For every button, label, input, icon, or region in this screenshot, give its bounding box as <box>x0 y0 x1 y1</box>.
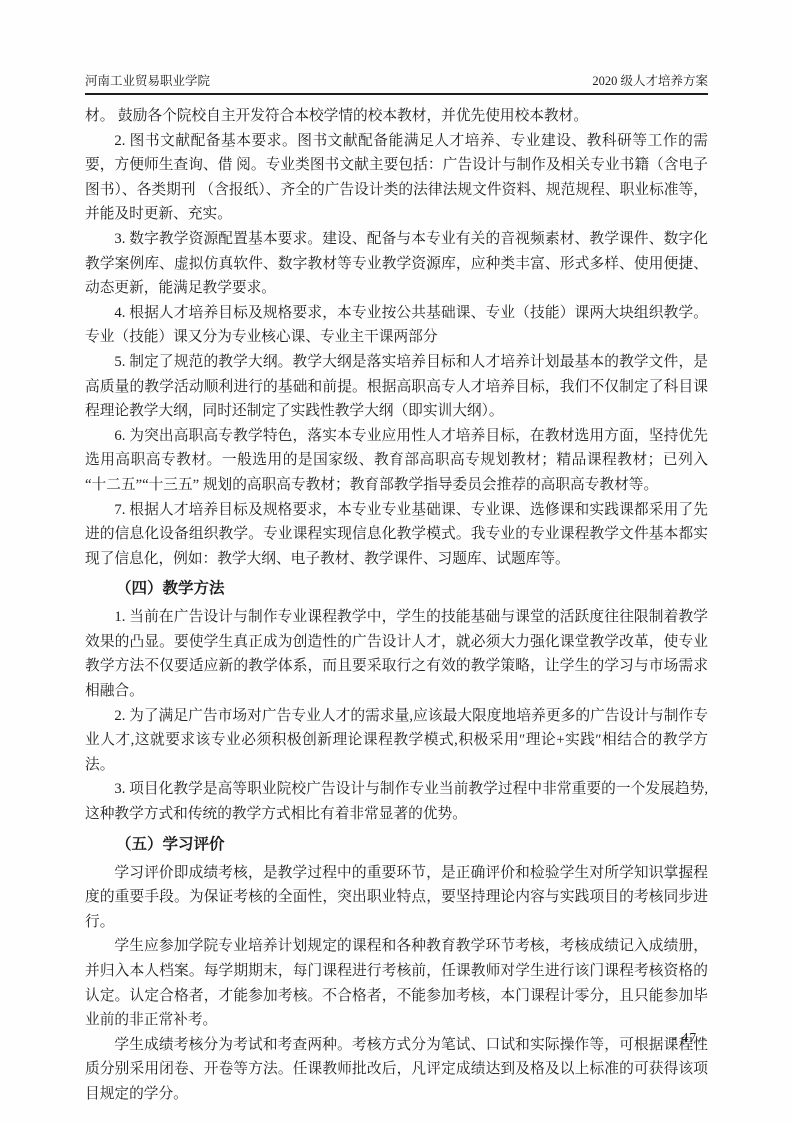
page-header: 河南工业贸易职业学院 2020 级人才培养方案 <box>85 74 708 95</box>
paragraph: 3. 数字教学资源配置基本要求。建设、配备与本专业有关的音视频素材、教学课件、数… <box>85 227 708 301</box>
paragraph: 2. 图书文献配备基本要求。图书文献配备能满足人才培养、专业建设、教科研等工作的… <box>85 129 708 227</box>
paragraph: 1. 当前在广告设计与制作专业课程教学中，学生的技能基础与课堂的活跃度往往限制着… <box>85 605 708 703</box>
paragraph: 4. 根据人才培养目标及规格要求，本专业按公共基础课、专业（技能）课两大块组织教… <box>85 301 708 350</box>
paragraph: 3. 项目化教学是高等职业院校广告设计与制作专业当前教学过程中非常重要的一个发展… <box>85 777 708 826</box>
paragraph: 7. 根据人才培养目标及规格要求，本专业专业基础课、专业课、选修课和实践课都采用… <box>85 498 708 572</box>
page-content: 河南工业贸易职业学院 2020 级人才培养方案 材。 鼓励各个院校自主开发符合本… <box>85 0 708 1107</box>
header-school-name: 河南工业贸易职业学院 <box>85 74 210 88</box>
document-page: 河南工业贸易职业学院 2020 级人才培养方案 材。 鼓励各个院校自主开发符合本… <box>0 0 793 1122</box>
paragraph: 5. 制定了规范的教学大纲。教学大纲是落实培养目标和人才培养计划最基本的教学文件… <box>85 350 708 424</box>
section-heading: （四）教学方法 <box>85 576 708 601</box>
paragraph: 6. 为突出高职高专教学特色，落实本专业应用性人才培养目标，在教材选用方面，坚持… <box>85 424 708 498</box>
header-document-title: 2020 级人才培养方案 <box>592 74 708 88</box>
paragraph: 学生应参加学院专业培养计划规定的课程和各种教育教学环节考核，考核成绩记入成绩册，… <box>85 934 708 1032</box>
paragraph: 学生成绩考核分为考试和考查两种。考核方式分为笔试、口试和实际操作等，可根据课程性… <box>85 1033 708 1107</box>
section-heading: （五）学习评价 <box>85 832 708 857</box>
paragraph: 材。 鼓励各个院校自主开发符合本校学情的校本教材，并优先使用校本教材。 <box>85 104 708 129</box>
page-number: - 47 - <box>672 1030 707 1046</box>
paragraph: 学习评价即成绩考核，是教学过程中的重要环节，是正确评价和检验学生对所学知识掌握程… <box>85 861 708 935</box>
paragraph: 2. 为了满足广告市场对广告专业人才的需求量,应该最大限度地培养更多的广告设计与… <box>85 704 708 778</box>
document-body: 材。 鼓励各个院校自主开发符合本校学情的校本教材，并优先使用校本教材。2. 图书… <box>85 104 708 1107</box>
